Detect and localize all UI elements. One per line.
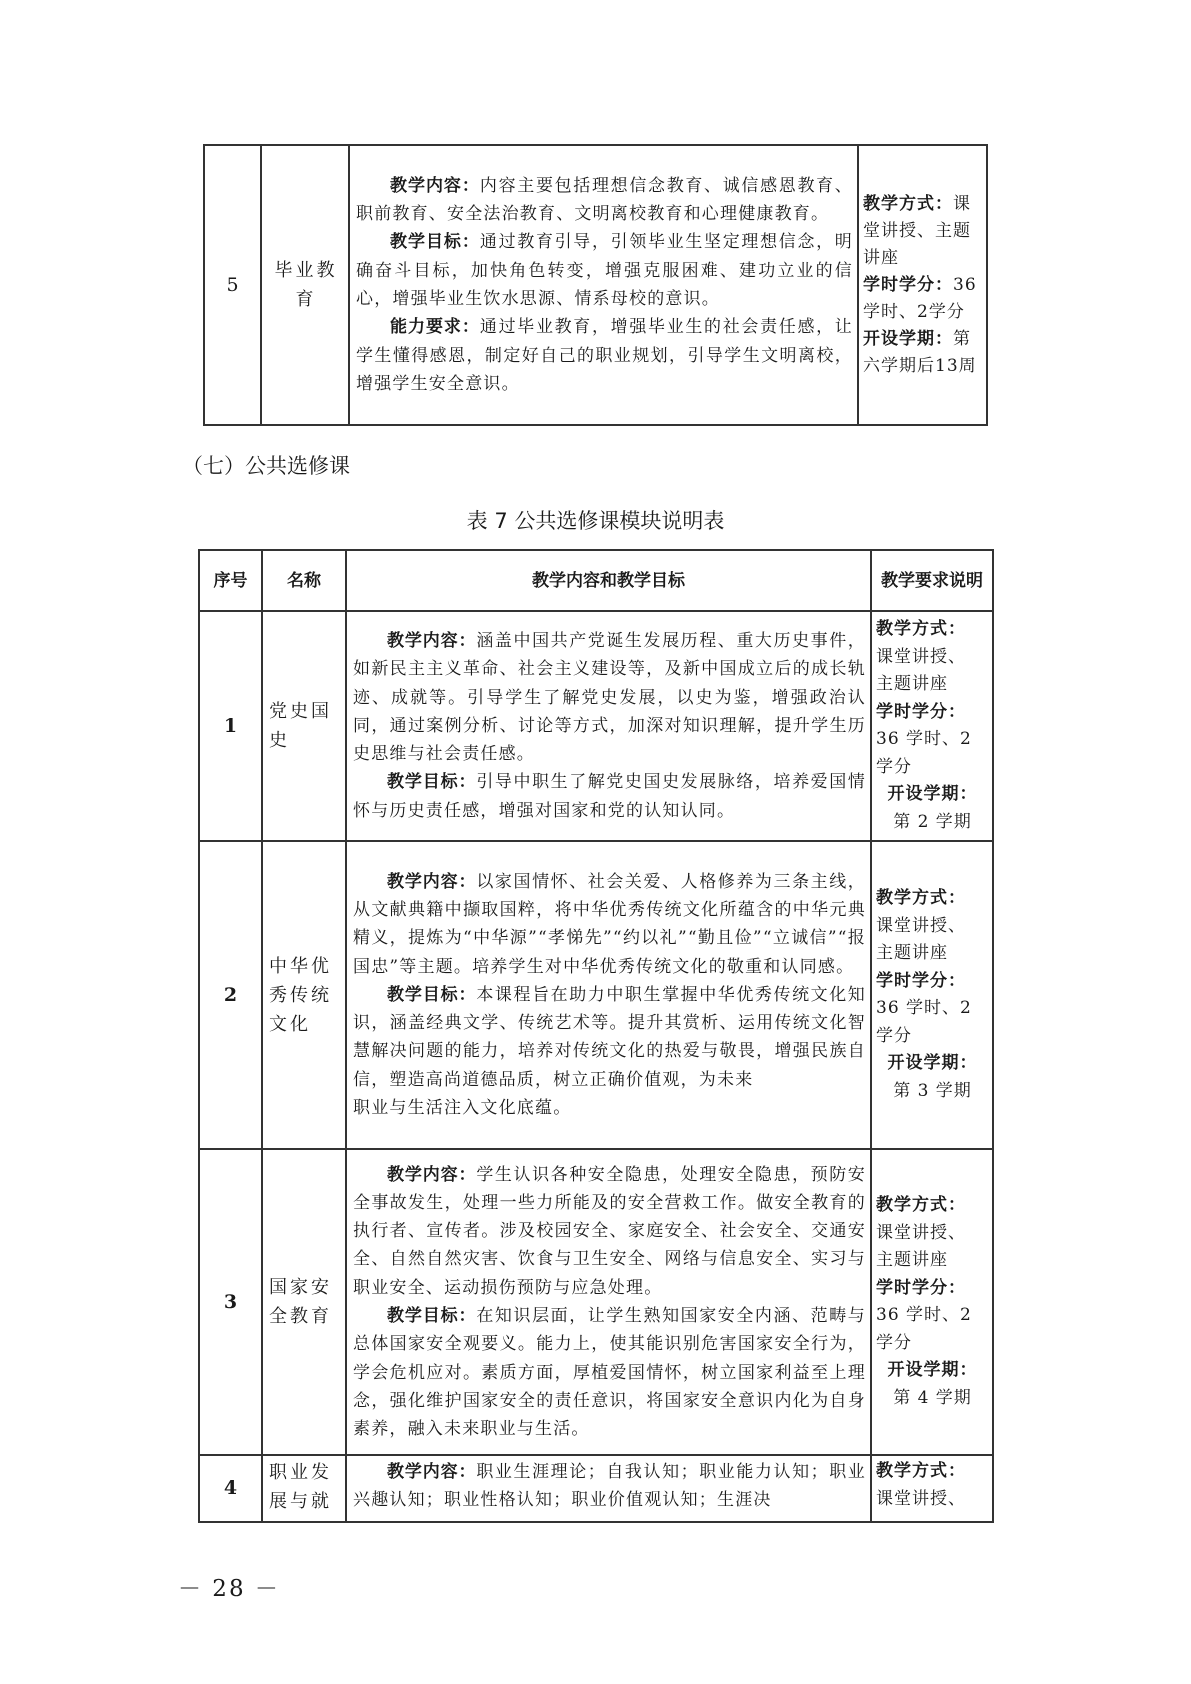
term-label: 开设学期： <box>876 781 989 809</box>
course-content: 教学内容：学生认识各种安全隐患，处理安全隐患，预防安全事故发生，处理一些力所能及… <box>346 1149 871 1455</box>
table-row: 1 党史国史 教学内容：涵盖中国共产党诞生发展历程、重大历史事件，如新民主主义革… <box>199 611 993 841</box>
goal-paragraph: 教学目标：在知识层面，让学生熟知国家安全内涵、范畴与总体国家安全观要义。能力上，… <box>353 1302 866 1443</box>
course-name: 国家安全教育 <box>262 1149 346 1455</box>
hours-label: 学时学分： <box>876 1275 989 1303</box>
table-row: 5 毕业教育 教学内容：内容主要包括理想信念教育、诚信感恩教育、职前教育、安全法… <box>204 145 987 425</box>
hours-label: 学时学分： <box>863 275 953 295</box>
goal-label: 教学目标： <box>387 772 476 792</box>
row-index: 4 <box>199 1455 262 1522</box>
content-label: 教学内容： <box>387 872 476 892</box>
ability-label: 能力要求： <box>390 317 480 337</box>
content-label: 教学内容： <box>387 1462 476 1482</box>
goal-label: 教学目标： <box>387 985 476 1005</box>
hours-value-cont: 学分 <box>876 1023 989 1051</box>
table-row: 2 中华优秀传统文化 教学内容：以家国情怀、社会关爱、人格修养为三条主线，从文献… <box>199 841 993 1149</box>
method-label: 教学方式： <box>863 194 953 214</box>
hours-value-cont: 学分 <box>876 754 989 782</box>
method-value-cont: 主题讲座 <box>876 1247 989 1275</box>
content-label: 教学内容： <box>390 176 480 196</box>
method-value: 课堂讲授、 <box>876 1486 989 1514</box>
course-name: 党史国史 <box>262 611 346 841</box>
section-heading: （七）公共选修课 <box>182 450 350 480</box>
table-header-row: 序号 名称 教学内容和教学目标 教学要求说明 <box>199 550 993 611</box>
continued-course-table: 5 毕业教育 教学内容：内容主要包括理想信念教育、诚信感恩教育、职前教育、安全法… <box>203 144 988 426</box>
row-index: 5 <box>204 145 261 425</box>
hours-value: 36 学时、2 <box>876 995 989 1023</box>
course-name: 毕业教育 <box>261 145 349 425</box>
course-name: 中华优秀传统文化 <box>262 841 346 1149</box>
row-index: 2 <box>199 841 262 1149</box>
content-paragraph: 教学内容：学生认识各种安全隐患，处理安全隐患，预防安全事故发生，处理一些力所能及… <box>353 1161 866 1302</box>
goal-text-cont: 职业与生活注入文化底蕴。 <box>353 1098 571 1118</box>
content-paragraph: 教学内容：以家国情怀、社会关爱、人格修养为三条主线，从文献典籍中撷取国粹，将中华… <box>353 868 866 981</box>
term-label: 开设学期： <box>876 1357 989 1385</box>
goal-paragraph: 教学目标：本课程旨在助力中职生掌握中华优秀传统文化知识，涵盖经典文学、传统艺术等… <box>353 981 866 1094</box>
course-requirements: 教学方式：课堂讲授、主题讲座 学时学分：36学时、2学分 开设学期：第六学期后1… <box>858 145 987 425</box>
term-value: 第 2 学期 <box>876 809 989 837</box>
document-page: 5 毕业教育 教学内容：内容主要包括理想信念教育、诚信感恩教育、职前教育、安全法… <box>0 0 1191 1684</box>
goal-label: 教学目标： <box>390 232 480 252</box>
goal-label: 教学目标： <box>387 1306 476 1326</box>
row-index: 1 <box>199 611 262 841</box>
term-label: 开设学期： <box>863 329 953 349</box>
table-caption: 表 7 公共选修课模块说明表 <box>0 505 1191 535</box>
course-requirements: 教学方式： 课堂讲授、 主题讲座 学时学分： 36 学时、2 学分 开设学期： … <box>871 611 993 841</box>
elective-course-table: 序号 名称 教学内容和教学目标 教学要求说明 1 党史国史 教学内容：涵盖中国共… <box>198 549 994 1523</box>
method-value: 课堂讲授、 <box>876 913 989 941</box>
term-label: 开设学期： <box>876 1050 989 1078</box>
term-value: 第 3 学期 <box>876 1078 989 1106</box>
term-value: 第 4 学期 <box>876 1385 989 1413</box>
method-label: 教学方式： <box>876 616 989 644</box>
course-content: 教学内容：涵盖中国共产党诞生发展历程、重大历史事件，如新民主主义革命、社会主义建… <box>346 611 871 841</box>
course-content: 教学内容：内容主要包括理想信念教育、诚信感恩教育、职前教育、安全法治教育、文明离… <box>349 145 858 425</box>
table-row: 3 国家安全教育 教学内容：学生认识各种安全隐患，处理安全隐患，预防安全事故发生… <box>199 1149 993 1455</box>
header-content: 教学内容和教学目标 <box>346 550 871 611</box>
hours-value: 36 学时、2 <box>876 726 989 754</box>
goal-paragraph: 教学目标：引导中职生了解党史国史发展脉络，培养爱国情怀与历史责任感，增强对国家和… <box>353 768 866 825</box>
page-number: － 28 － <box>178 1570 280 1603</box>
method-label: 教学方式： <box>876 885 989 913</box>
method-value-cont: 主题讲座 <box>876 671 989 699</box>
header-index: 序号 <box>199 550 262 611</box>
course-name: 职业发展与就 <box>262 1455 346 1522</box>
ability-paragraph: 能力要求：通过毕业教育，增强毕业生的社会责任感，让学生懂得感恩，制定好自己的职业… <box>356 313 853 398</box>
content-paragraph: 教学内容：职业生涯理论；自我认知；职业能力认知；职业兴趣认知；职业性格认知；职业… <box>353 1458 866 1515</box>
goal-paragraph-cont: 职业与生活注入文化底蕴。 <box>353 1094 866 1122</box>
table-row: 4 职业发展与就 教学内容：职业生涯理论；自我认知；职业能力认知；职业兴趣认知；… <box>199 1455 993 1522</box>
header-requirements: 教学要求说明 <box>871 550 993 611</box>
method-label: 教学方式： <box>876 1192 989 1220</box>
method-value: 课堂讲授、 <box>876 1220 989 1248</box>
hours-label: 学时学分： <box>876 699 989 727</box>
header-name: 名称 <box>262 550 346 611</box>
content-label: 教学内容： <box>387 1165 476 1185</box>
hours-value-cont: 学分 <box>876 1330 989 1358</box>
goal-paragraph: 教学目标：通过教育引导，引领毕业生坚定理想信念，明确奋斗目标，加快角色转变，增强… <box>356 228 853 313</box>
content-label: 教学内容： <box>387 631 476 651</box>
course-content: 教学内容：职业生涯理论；自我认知；职业能力认知；职业兴趣认知；职业性格认知；职业… <box>346 1455 871 1522</box>
hours-value: 36 学时、2 <box>876 1302 989 1330</box>
course-content: 教学内容：以家国情怀、社会关爱、人格修养为三条主线，从文献典籍中撷取国粹，将中华… <box>346 841 871 1149</box>
method-label: 教学方式： <box>876 1458 989 1486</box>
row-index: 3 <box>199 1149 262 1455</box>
content-paragraph: 教学内容：涵盖中国共产党诞生发展历程、重大历史事件，如新民主主义革命、社会主义建… <box>353 627 866 768</box>
content-paragraph: 教学内容：内容主要包括理想信念教育、诚信感恩教育、职前教育、安全法治教育、文明离… <box>356 172 853 229</box>
method-value-cont: 主题讲座 <box>876 940 989 968</box>
course-requirements: 教学方式： 课堂讲授、 <box>871 1455 993 1522</box>
hours-label: 学时学分： <box>876 968 989 996</box>
course-requirements: 教学方式： 课堂讲授、 主题讲座 学时学分： 36 学时、2 学分 开设学期： … <box>871 1149 993 1455</box>
course-requirements: 教学方式： 课堂讲授、 主题讲座 学时学分： 36 学时、2 学分 开设学期： … <box>871 841 993 1149</box>
method-value: 课堂讲授、 <box>876 644 989 672</box>
